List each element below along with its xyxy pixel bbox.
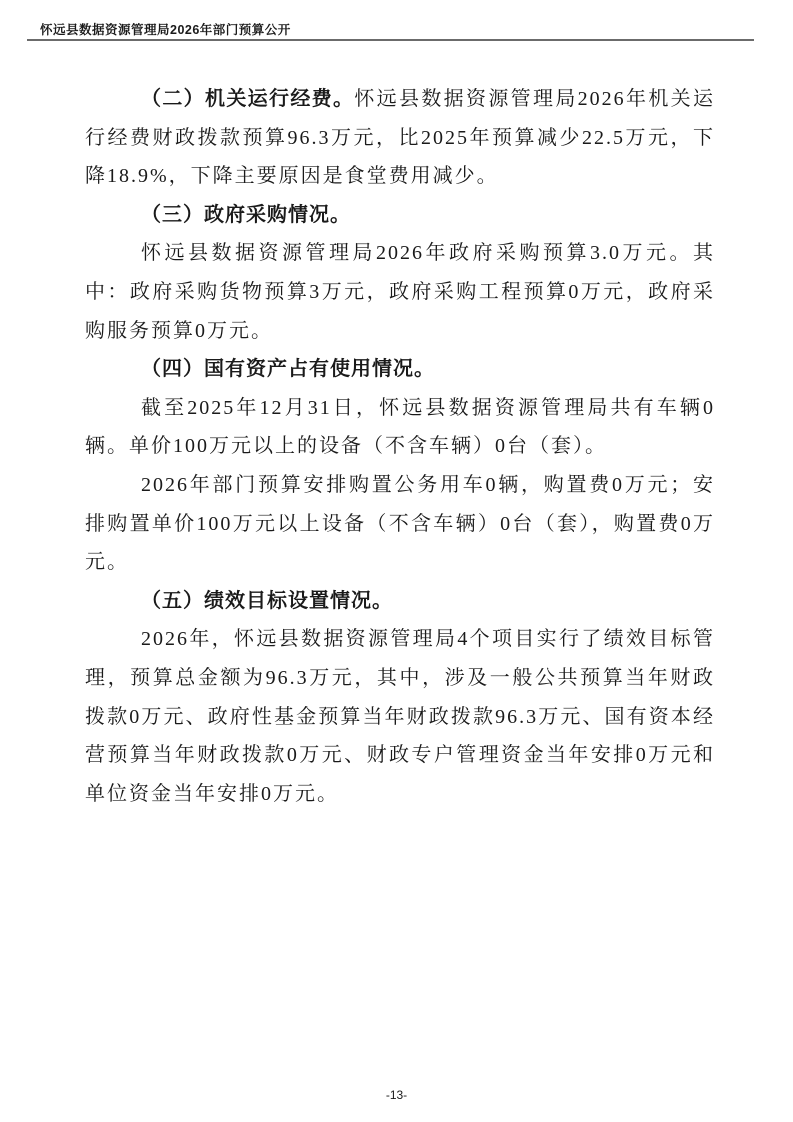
- body-paragraph: 2026年，怀远县数据资源管理局4个项目实行了绩效目标管理，预算总金额为96.3…: [85, 620, 715, 813]
- body-paragraph: （二）机关运行经费。怀远县数据资源管理局2026年机关运行经费财政拨款预算96.…: [85, 80, 715, 196]
- section-heading: （四）国有资产占有使用情况。: [85, 350, 715, 389]
- body-paragraph: 截至2025年12月31日，怀远县数据资源管理局共有车辆0辆。单价100万元以上…: [85, 389, 715, 466]
- header-title: 怀远县数据资源管理局2026年部门预算公开: [40, 23, 291, 37]
- page-footer: -13-: [0, 1088, 793, 1102]
- document-body: （二）机关运行经费。怀远县数据资源管理局2026年机关运行经费财政拨款预算96.…: [85, 80, 715, 813]
- section-heading: （三）政府采购情况。: [85, 196, 715, 235]
- header-rule: [27, 39, 754, 41]
- page-number: -13-: [386, 1088, 407, 1102]
- page-header: 怀远县数据资源管理局2026年部门预算公开: [40, 20, 760, 38]
- document-page: 怀远县数据资源管理局2026年部门预算公开 （二）机关运行经费。怀远县数据资源管…: [0, 0, 793, 1122]
- paragraph-bold-lead: （二）机关运行经费。: [141, 88, 354, 110]
- body-paragraph: 2026年部门预算安排购置公务用车0辆，购置费0万元；安排购置单价100万元以上…: [85, 466, 715, 582]
- body-paragraph: 怀远县数据资源管理局2026年政府采购预算3.0万元。其中：政府采购货物预算3万…: [85, 234, 715, 350]
- section-heading: （五）绩效目标设置情况。: [85, 582, 715, 621]
